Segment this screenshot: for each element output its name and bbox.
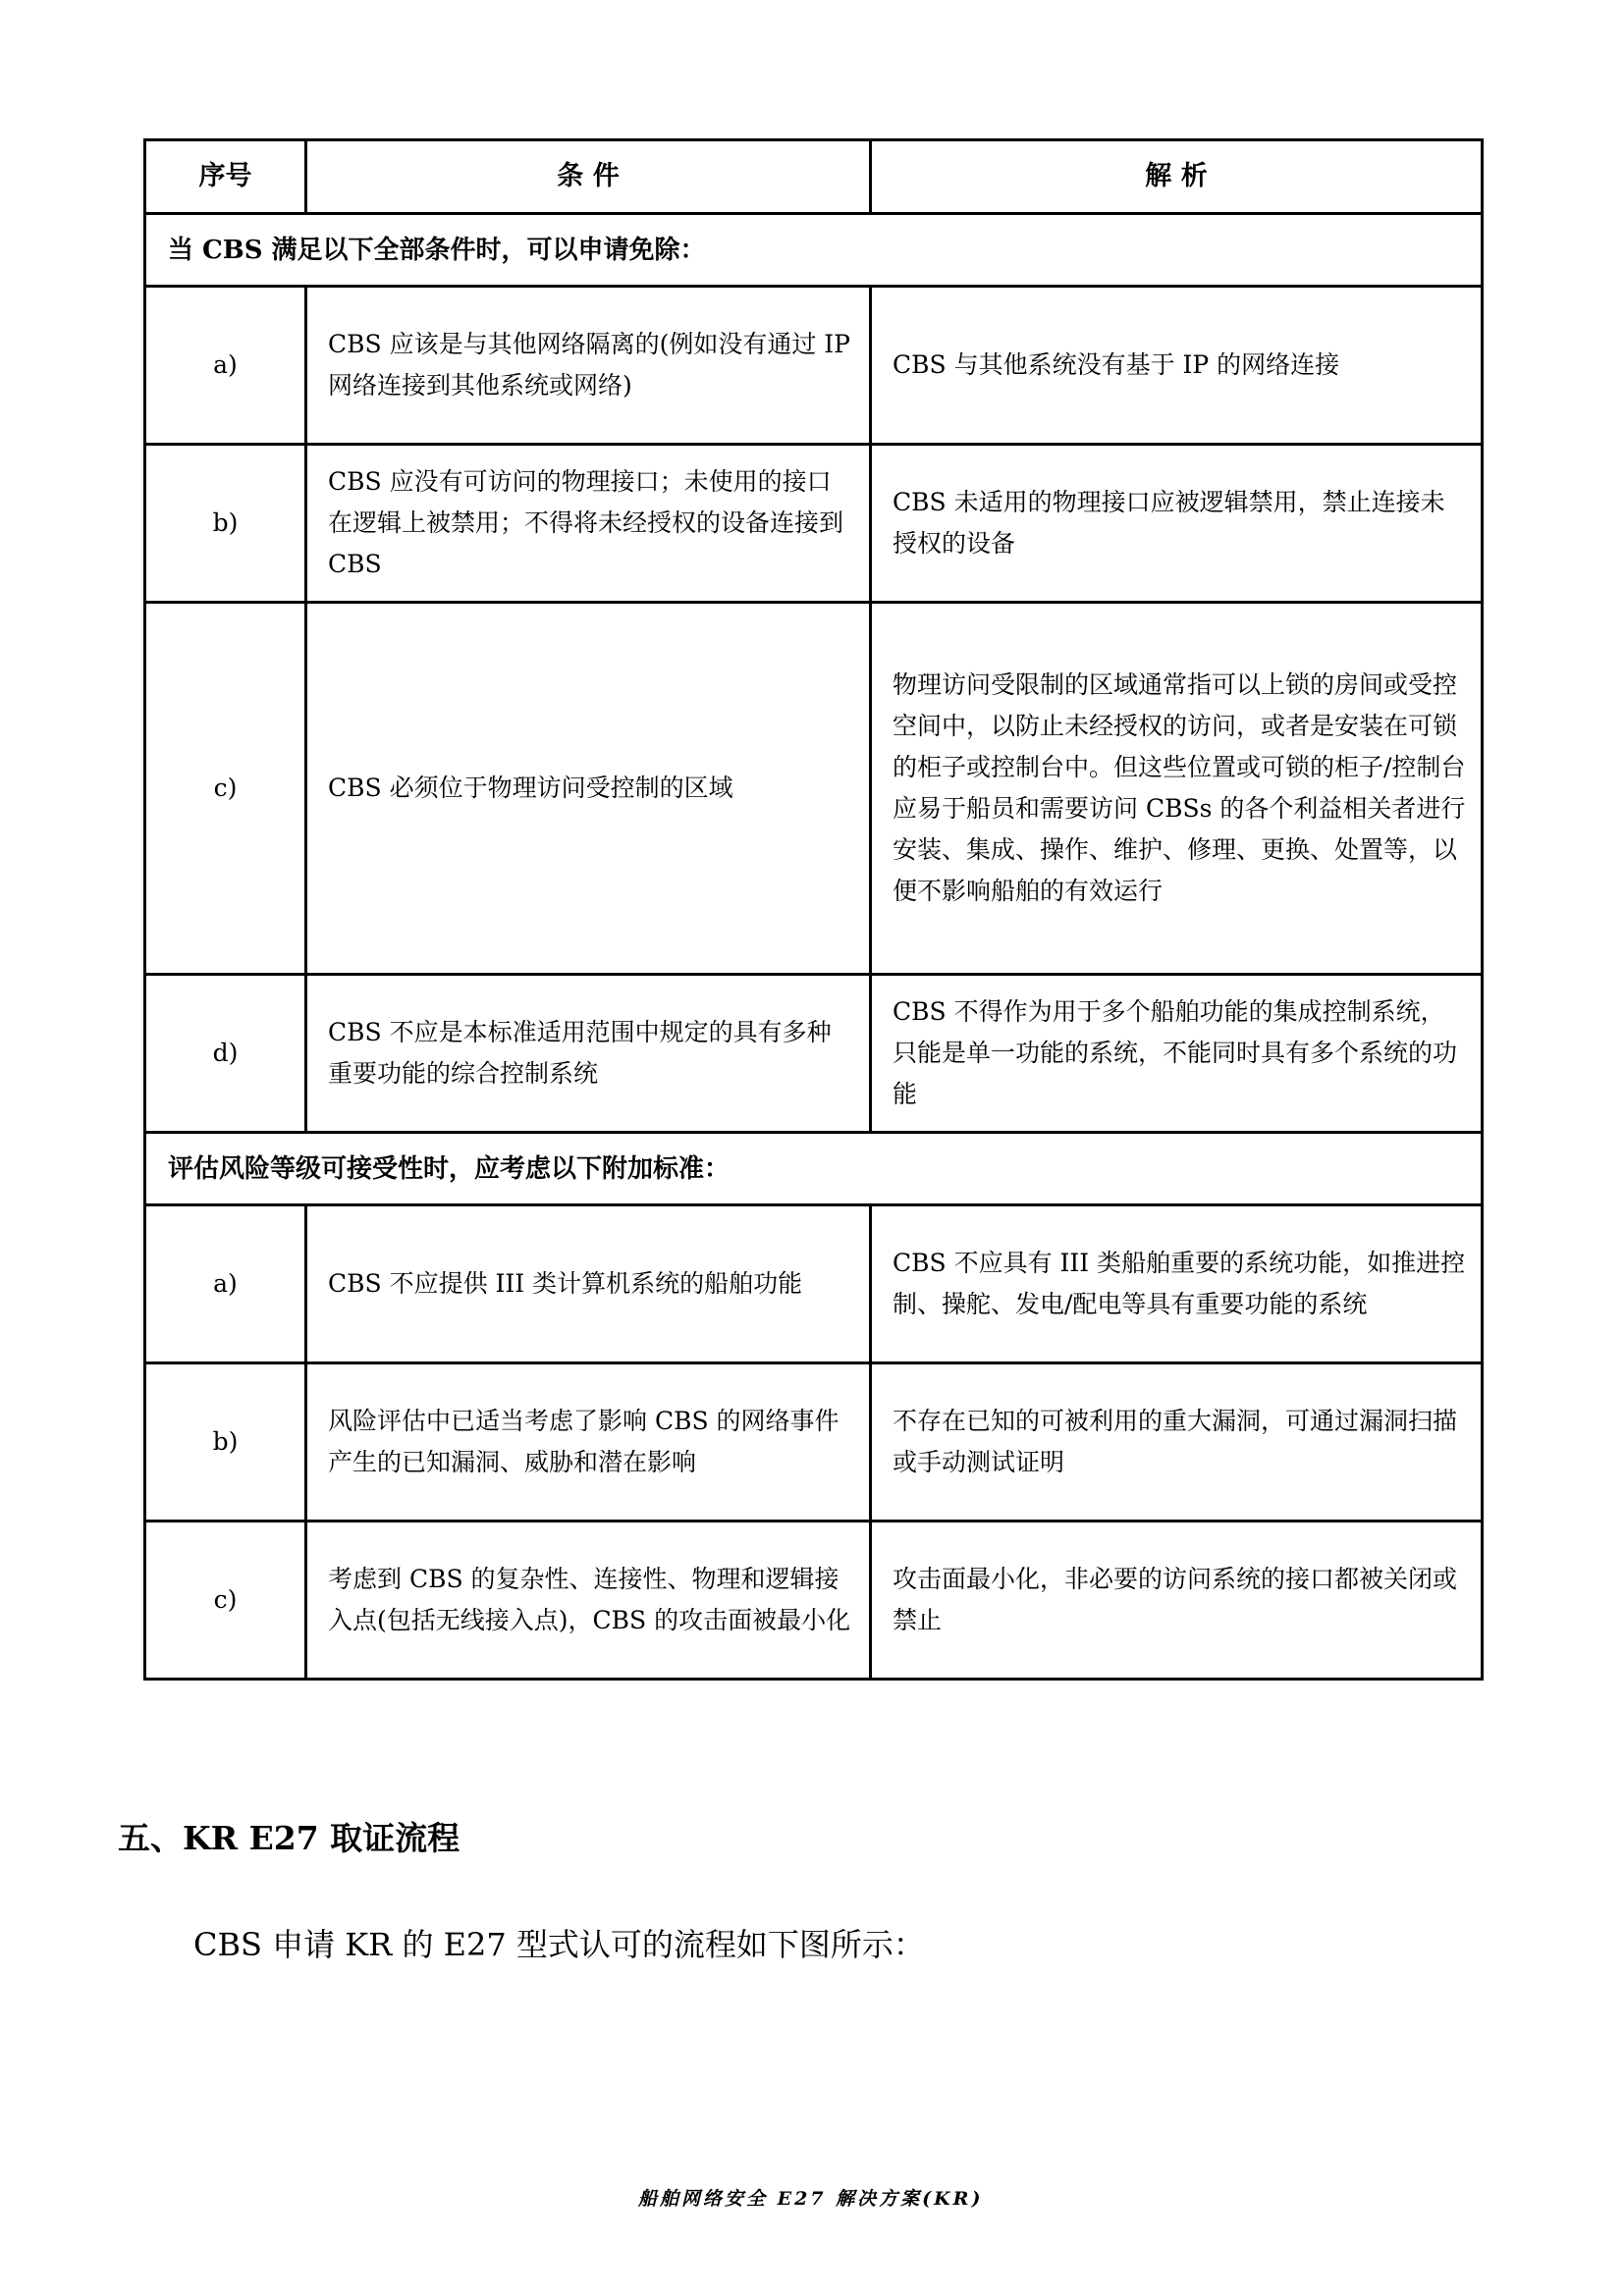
row-condition: CBS 应没有可访问的物理接口；未使用的接口在逻辑上被禁用；不得将未经授权的设备…	[306, 445, 871, 603]
row-analysis: CBS 与其他系统没有基于 IP 的网络连接	[871, 287, 1483, 445]
row-condition: CBS 不应提供 III 类计算机系统的船舶功能	[306, 1205, 871, 1363]
page-footer: 船舶网络安全 E27 解决方案(KR)	[638, 2186, 992, 2212]
exemption-criteria-table: 序号 条 件 解 析 当 CBS 满足以下全部条件时，可以申请免除： a) CB…	[143, 138, 1484, 1681]
table-row: a) CBS 不应提供 III 类计算机系统的船舶功能 CBS 不应具有 III…	[145, 1205, 1483, 1363]
row-analysis: 攻击面最小化，非必要的访问系统的接口都被关闭或禁止	[871, 1522, 1483, 1680]
header-analysis: 解 析	[871, 140, 1483, 214]
row-condition: CBS 不应是本标准适用范围中规定的具有多种重要功能的综合控制系统	[306, 975, 871, 1133]
row-number: d)	[145, 975, 306, 1133]
row-condition: CBS 必须位于物理访问受控制的区域	[306, 603, 871, 975]
row-analysis: CBS 不应具有 III 类船舶重要的系统功能，如推进控制、操舵、发电/配电等具…	[871, 1205, 1483, 1363]
section-row-additional-criteria: 评估风险等级可接受性时，应考虑以下附加标准：	[145, 1133, 1483, 1205]
table-row: a) CBS 应该是与其他网络隔离的(例如没有通过 IP 网络连接到其他系统或网…	[145, 287, 1483, 445]
section-title-exemption: 当 CBS 满足以下全部条件时，可以申请免除：	[145, 214, 1483, 287]
row-number: c)	[145, 1522, 306, 1680]
row-condition: 风险评估中已适当考虑了影响 CBS 的网络事件产生的已知漏洞、威胁和潜在影响	[306, 1363, 871, 1522]
row-analysis: CBS 不得作为用于多个船舶功能的集成控制系统，只能是单一功能的系统，不能同时具…	[871, 975, 1483, 1133]
row-analysis: 物理访问受限制的区域通常指可以上锁的房间或受控空间中，以防止未经授权的访问，或者…	[871, 603, 1483, 975]
row-analysis: 不存在已知的可被利用的重大漏洞，可通过漏洞扫描或手动测试证明	[871, 1363, 1483, 1522]
row-number: c)	[145, 603, 306, 975]
header-serial-number: 序号	[145, 140, 306, 214]
table-row: b) 风险评估中已适当考虑了影响 CBS 的网络事件产生的已知漏洞、威胁和潜在影…	[145, 1363, 1483, 1522]
section-row-exemption: 当 CBS 满足以下全部条件时，可以申请免除：	[145, 214, 1483, 287]
row-number: b)	[145, 1363, 306, 1522]
row-condition: CBS 应该是与其他网络隔离的(例如没有通过 IP 网络连接到其他系统或网络)	[306, 287, 871, 445]
section-heading: 五、KR E27 取证流程	[118, 1816, 460, 1861]
section-title-additional-criteria: 评估风险等级可接受性时，应考虑以下附加标准：	[145, 1133, 1483, 1205]
table-row: d) CBS 不应是本标准适用范围中规定的具有多种重要功能的综合控制系统 CBS…	[145, 975, 1483, 1133]
row-analysis: CBS 未适用的物理接口应被逻辑禁用，禁止连接未授权的设备	[871, 445, 1483, 603]
row-number: a)	[145, 1205, 306, 1363]
header-condition: 条 件	[306, 140, 871, 214]
table-row: c) 考虑到 CBS 的复杂性、连接性、物理和逻辑接入点(包括无线接入点)，CB…	[145, 1522, 1483, 1680]
table-row: c) CBS 必须位于物理访问受控制的区域 物理访问受限制的区域通常指可以上锁的…	[145, 603, 1483, 975]
row-condition: 考虑到 CBS 的复杂性、连接性、物理和逻辑接入点(包括无线接入点)，CBS 的…	[306, 1522, 871, 1680]
body-paragraph: CBS 申请 KR 的 E27 型式认可的流程如下图所示：	[193, 1922, 925, 1967]
row-number: a)	[145, 287, 306, 445]
table-row: b) CBS 应没有可访问的物理接口；未使用的接口在逻辑上被禁用；不得将未经授权…	[145, 445, 1483, 603]
table-header-row: 序号 条 件 解 析	[145, 140, 1483, 214]
row-number: b)	[145, 445, 306, 603]
